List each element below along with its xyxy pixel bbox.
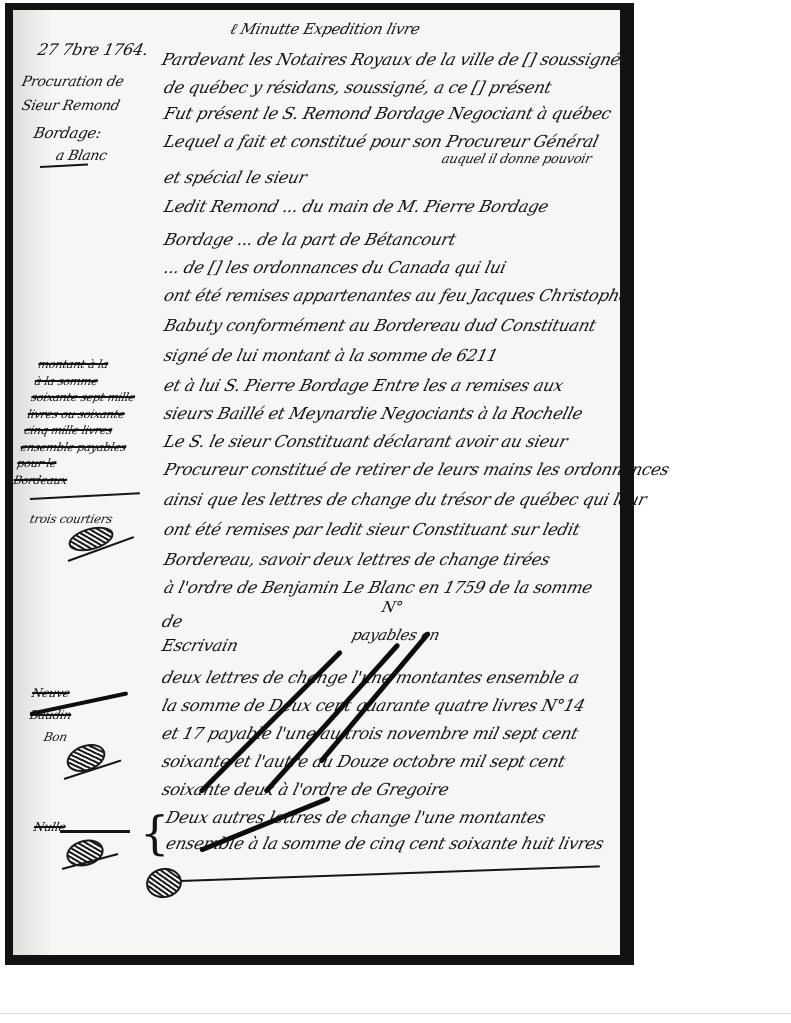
- body-line-12: et à lui S. Pierre Bordage Entre les a r…: [162, 376, 565, 395]
- body-line-14: Le S. le sieur Constituant déclarant avo…: [162, 432, 569, 451]
- body-line-15: Procureur constitué de retirer de leurs …: [162, 460, 671, 479]
- body-line-2: de québec y résidans, soussigné, a ce []…: [162, 78, 553, 97]
- margin-note-bon: Bon: [43, 730, 69, 744]
- brace-mark: {: [140, 806, 169, 860]
- margin-note-line: montant à la: [37, 356, 161, 373]
- body-line-10: Babuty conformément au Bordereau dud Con…: [162, 316, 598, 335]
- margin-note-neuve: Neuve: [31, 686, 72, 700]
- body-line-19: à l'ordre de Benjamin Le Blanc en 1759 d…: [162, 578, 594, 597]
- margin-note-line: à la somme: [33, 373, 157, 390]
- margin-note-line: soixante sept mille: [30, 389, 154, 406]
- date-note: 27 7bre 1764.: [36, 40, 150, 59]
- margin-note-trois-courtiers: trois courtiers: [29, 512, 114, 526]
- body-line-17: ont été remises par ledit sieur Constitu…: [162, 520, 582, 539]
- body-line-13: sieurs Baillé et Meynardie Negociants à …: [162, 404, 585, 423]
- insertion-auquel: auquel il donne pouvoir: [440, 152, 593, 167]
- procuration-title-4: a Blanc: [54, 148, 108, 164]
- struck-line-6: Deux autres lettres de change l'une mont…: [164, 808, 547, 827]
- page-edge: [0, 1013, 791, 1014]
- margin-note-line: cinq mille livres: [22, 422, 146, 439]
- body-line-3: Fut présent le S. Remond Bordage Negocia…: [162, 104, 613, 123]
- margin-note-line: Bordeaux: [12, 472, 136, 489]
- body-line-18: Bordereau, savoir deux lettres de change…: [162, 550, 552, 569]
- body-line-escrivain: Escrivain: [160, 636, 240, 655]
- body-line-5: et spécial le sieur: [162, 168, 309, 187]
- margin-note-line: livres ou soixante: [26, 406, 150, 423]
- body-line-4: Lequel a fait et constitué pour son Proc…: [162, 132, 600, 151]
- procuration-title-2: Sieur Remond: [20, 98, 121, 114]
- document-header: ℓ Minutte Expedition livre: [228, 20, 422, 39]
- struck-line-3: et 17 payable l'une au trois novembre mi…: [160, 724, 580, 743]
- body-line-11: signé de lui montant à la somme de 6211: [162, 346, 500, 365]
- margin-strike-nulle: [60, 830, 130, 833]
- body-line-16: ainsi que les lettres de change du tréso…: [162, 490, 648, 509]
- procuration-title-3: Bordage:: [32, 124, 103, 142]
- margin-note-line: pour le: [15, 455, 139, 472]
- body-line-6: Ledit Remond ... du main de M. Pierre Bo…: [162, 197, 550, 216]
- procuration-title-1: Procuration de: [20, 74, 125, 90]
- body-line-9: ont été remises appartenantes au feu Jac…: [162, 286, 631, 305]
- body-line-7: Bordage ... de la part de Bétancourt: [162, 230, 458, 249]
- body-line-8: ... de [] les ordonnances du Canada qui …: [162, 258, 508, 277]
- body-line-1: Pardevant les Notaires Royaux de la vill…: [160, 50, 631, 69]
- margin-note-line: ensemble payables: [19, 439, 143, 456]
